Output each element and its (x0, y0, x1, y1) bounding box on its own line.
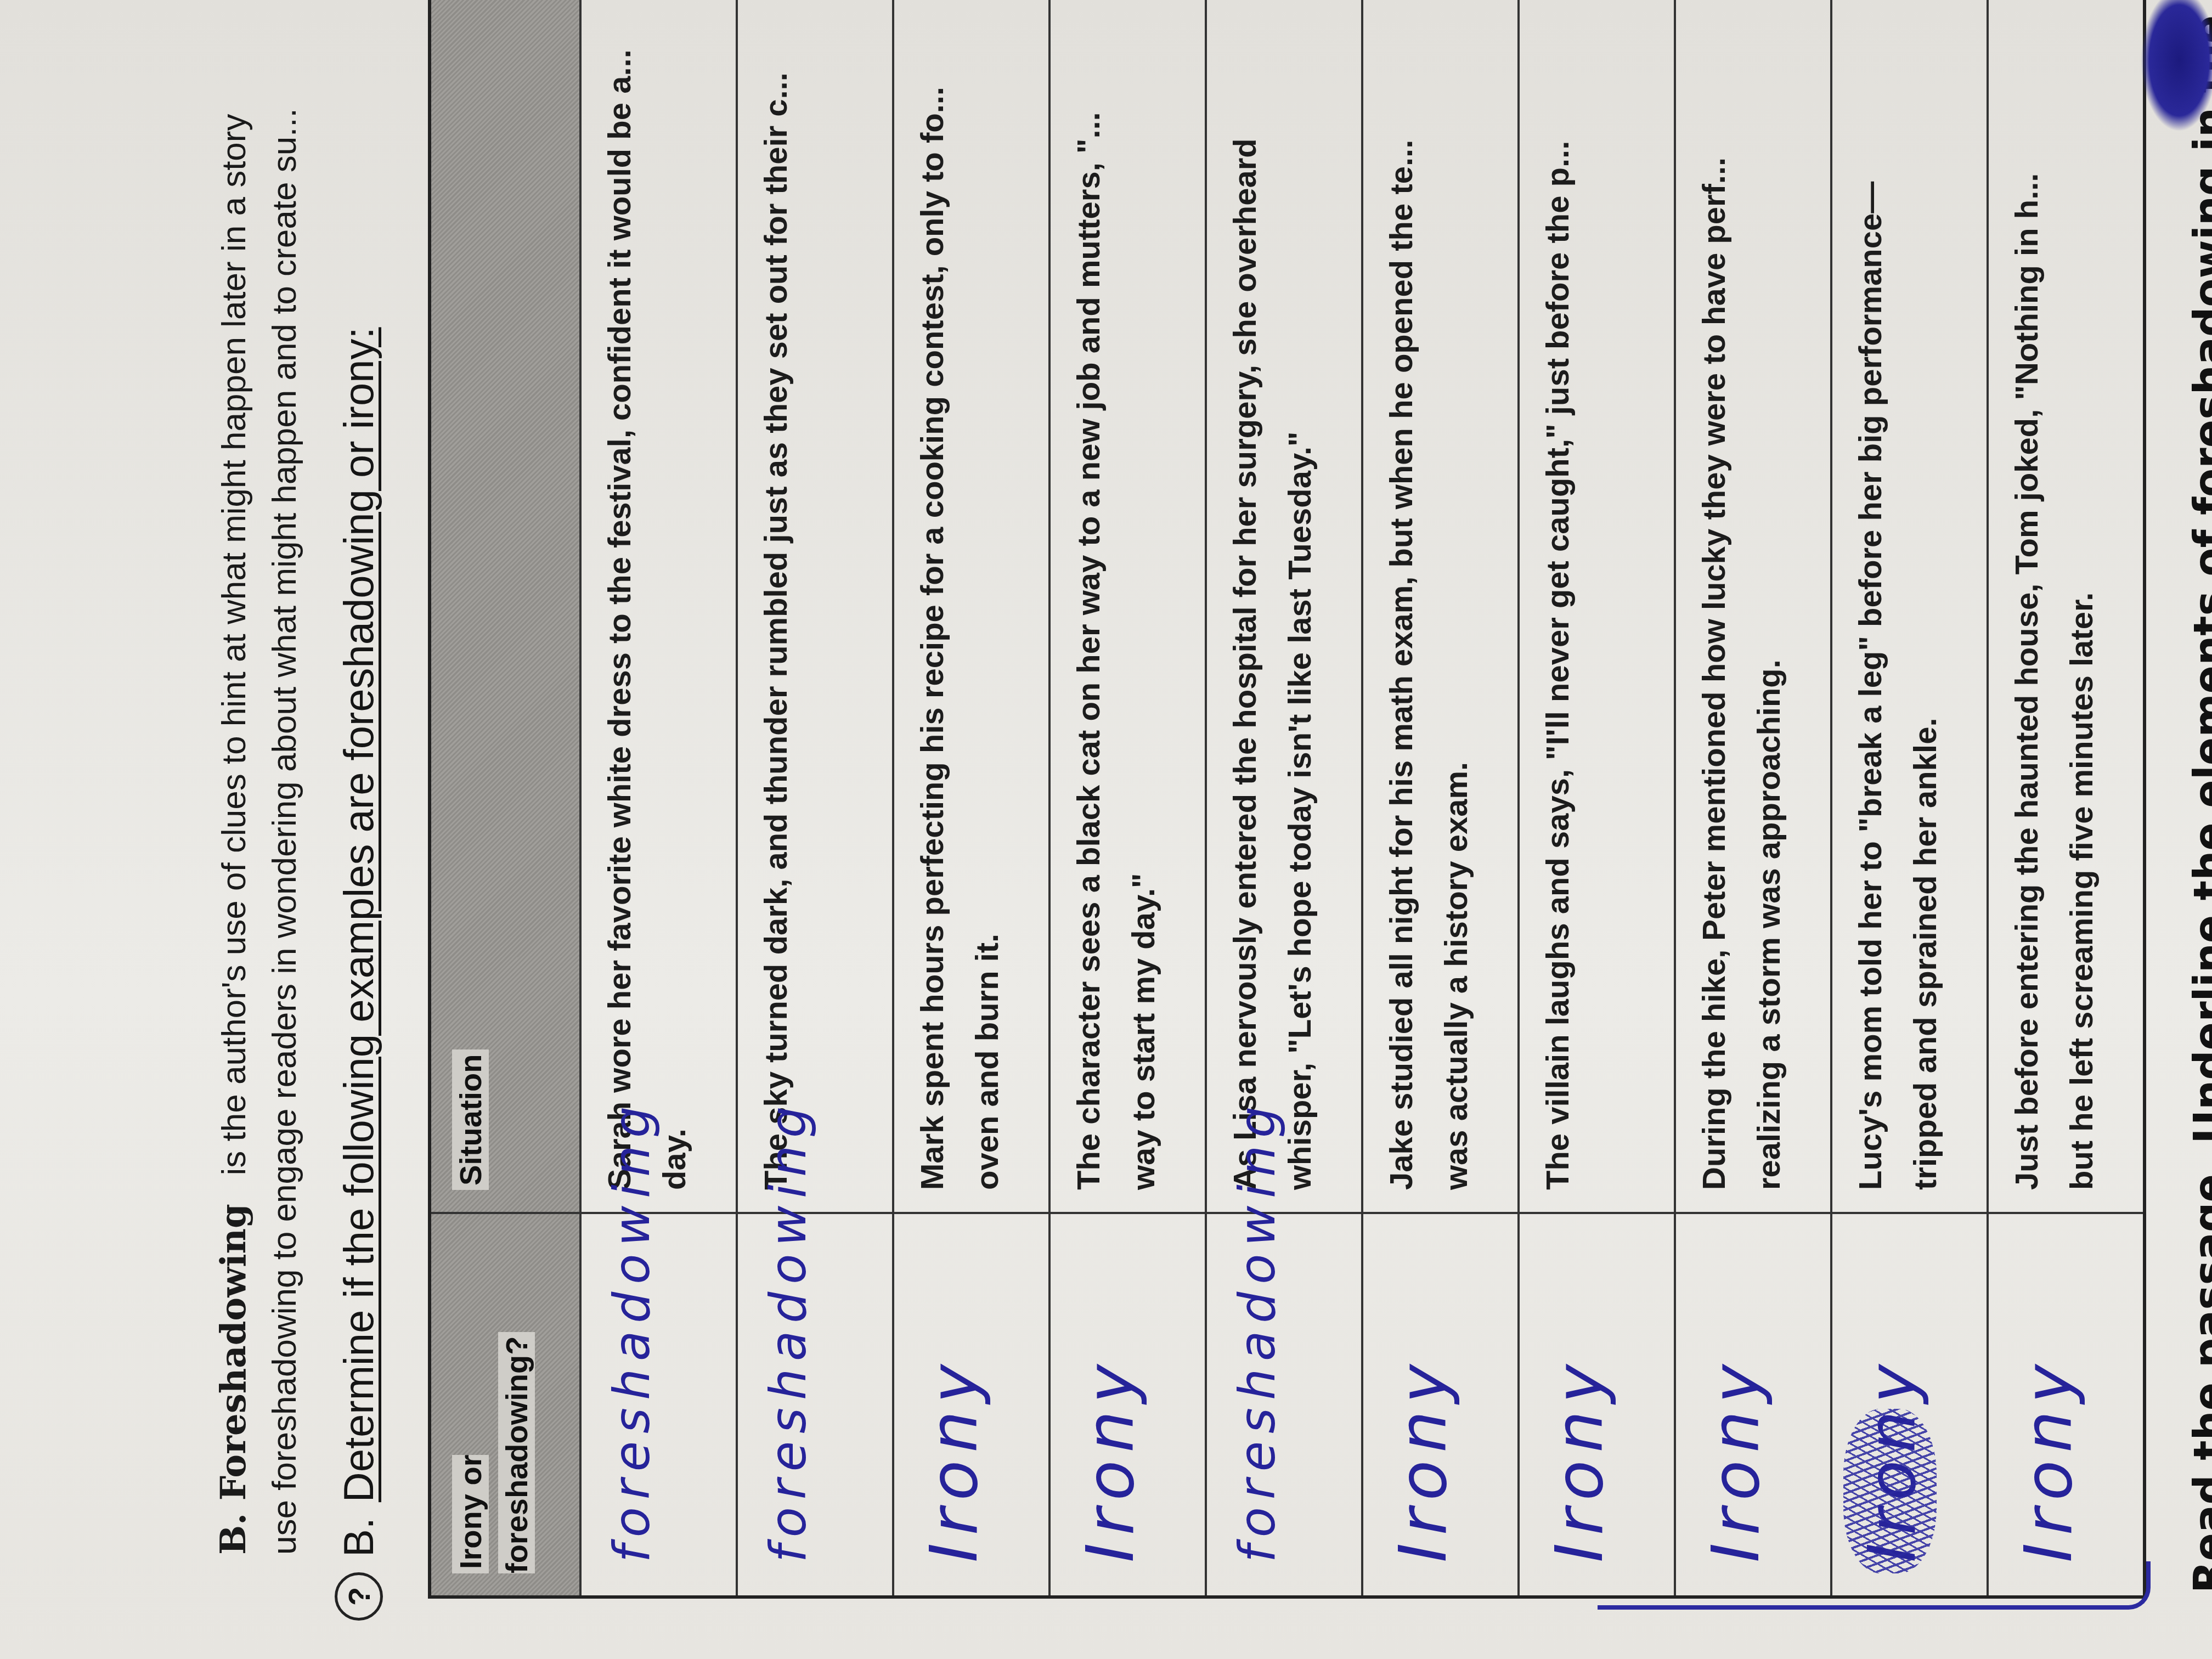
situation-cell: The character sees a black cat on her wa… (1049, 0, 1206, 1213)
answer-table: Irony or foreshadowing? Situation foresh… (428, 0, 2146, 1599)
answer-cell[interactable]: Irony (1362, 1213, 1519, 1597)
answer-cell[interactable]: Irony (1675, 1213, 1831, 1597)
situation-cell: Jake studied all night for his math exam… (1362, 0, 1519, 1213)
situation-line: During the hike, Peter mentioned how luc… (1687, 0, 1742, 1190)
table-row: foreshadowingSarah wore her favorite whi… (580, 0, 737, 1597)
answer-cell[interactable]: foreshadowing (580, 1213, 737, 1597)
situation-cell: Just before entering the haunted house, … (1988, 0, 2145, 1213)
table-row: IronyThe character sees a black cat on h… (1049, 0, 1206, 1597)
table-row: IronyJake studied all night for his math… (1362, 0, 1519, 1597)
scribble-mark (1843, 1409, 1937, 1573)
situation-cell: Lucy's mom told her to "break a leg" bef… (1831, 0, 1988, 1213)
situation-line: way to start my day." (1116, 0, 1171, 1190)
handwritten-answer: Irony (1698, 1357, 1774, 1562)
answer-cell[interactable]: foreshadowing (737, 1213, 893, 1597)
situation-line: whisper, "Let's hope today isn't like la… (1273, 0, 1328, 1190)
situation-line: Sarah wore her favorite white dress to t… (592, 0, 647, 1190)
table-row: IronyDuring the hike, Peter mentioned ho… (1675, 0, 1831, 1597)
header-situation: Situation (430, 0, 580, 1213)
table-row: foreshadowingAs Lisa nervously entered t… (1206, 0, 1362, 1597)
situation-line: As Lisa nervously entered the hospital f… (1218, 0, 1273, 1190)
ink-stain (2141, 0, 2212, 132)
intro-line-2: use foreshadowing to engage readers in w… (259, 0, 310, 1555)
situation-cell: The villain laughs and says, "I'll never… (1519, 0, 1675, 1213)
question-circle-icon: ? (335, 1572, 383, 1621)
handwritten-answer: foreshadowing (1229, 1099, 1286, 1562)
passage-instruction: Read the passage. Underline the elements… (2185, 15, 2212, 1593)
instruction-prefix: B. (335, 1517, 383, 1557)
situation-line: realizing a storm was approaching. (1742, 0, 1797, 1190)
situation-line: The sky turned dark, and thunder rumbled… (749, 0, 804, 1190)
situation-line: The character sees a black cat on her wa… (1062, 0, 1116, 1190)
handwritten-answer: foreshadowing (603, 1099, 661, 1562)
situation-line: Jake studied all night for his math exam… (1374, 0, 1429, 1190)
table-row: foreshadowingThe sky turned dark, and th… (737, 0, 893, 1597)
handwritten-answer: Irony (1073, 1357, 1149, 1562)
handwritten-answer: Irony (1542, 1357, 1618, 1562)
answer-cell[interactable]: Irony (1831, 1213, 1988, 1597)
handwritten-answer: foreshadowing (760, 1099, 817, 1562)
situation-line: Just before entering the haunted house, … (2000, 0, 2055, 1190)
answer-cell[interactable]: Irony (893, 1213, 1049, 1597)
instruction: ? B. Determine if the following examples… (335, 327, 383, 1621)
answer-cell[interactable]: foreshadowing (1206, 1213, 1362, 1597)
handwritten-answer: Irony (916, 1357, 992, 1562)
situation-line: but he left screaming five minutes later… (2055, 0, 2109, 1190)
answer-cell[interactable]: Irony (1988, 1213, 2145, 1597)
intro-line-1: is the author's use of clues to hint at … (215, 114, 253, 1176)
situation-cell: Mark spent hours perfecting his recipe f… (893, 0, 1049, 1213)
answer-cell[interactable]: Irony (1049, 1213, 1206, 1597)
table-row: IronyMark spent hours perfecting his rec… (893, 0, 1049, 1597)
handwritten-answer: Irony (1385, 1357, 1462, 1562)
situation-cell: Sarah wore her favorite white dress to t… (580, 0, 737, 1213)
situation-line: was actually a history exam. (1429, 0, 1484, 1190)
situation-line: tripped and sprained her ankle. (1898, 0, 1953, 1190)
ink-bracket (1598, 1561, 2151, 1610)
table-row: IronyThe villain laughs and says, "I'll … (1519, 0, 1675, 1597)
situation-cell: As Lisa nervously entered the hospital f… (1206, 0, 1362, 1213)
term-heading: B. Foreshadowing (213, 1204, 254, 1555)
table-row: IronyJust before entering the haunted ho… (1988, 0, 2145, 1597)
situation-line: oven and burn it. (960, 0, 1015, 1190)
situation-cell: During the hike, Peter mentioned how luc… (1675, 0, 1831, 1213)
worksheet-page: B. Foreshadowing is the author's use of … (0, 0, 2212, 1659)
instruction-text: Determine if the following examples are … (335, 327, 383, 1502)
situation-line: Lucy's mom told her to "break a leg" bef… (1843, 0, 1898, 1190)
situation-line: day. (647, 0, 702, 1190)
situation-cell: The sky turned dark, and thunder rumbled… (737, 0, 893, 1213)
answer-cell[interactable]: Irony (1519, 1213, 1675, 1597)
intro-paragraph: B. Foreshadowing is the author's use of … (208, 0, 310, 1555)
situation-line: Mark spent hours perfecting his recipe f… (905, 0, 960, 1190)
table-row: IronyLucy's mom told her to "break a leg… (1831, 0, 1988, 1597)
situation-line: The villain laughs and says, "I'll never… (1531, 0, 1585, 1190)
handwritten-answer: Irony (2011, 1357, 2087, 1562)
header-answer: Irony or foreshadowing? (430, 1213, 580, 1597)
